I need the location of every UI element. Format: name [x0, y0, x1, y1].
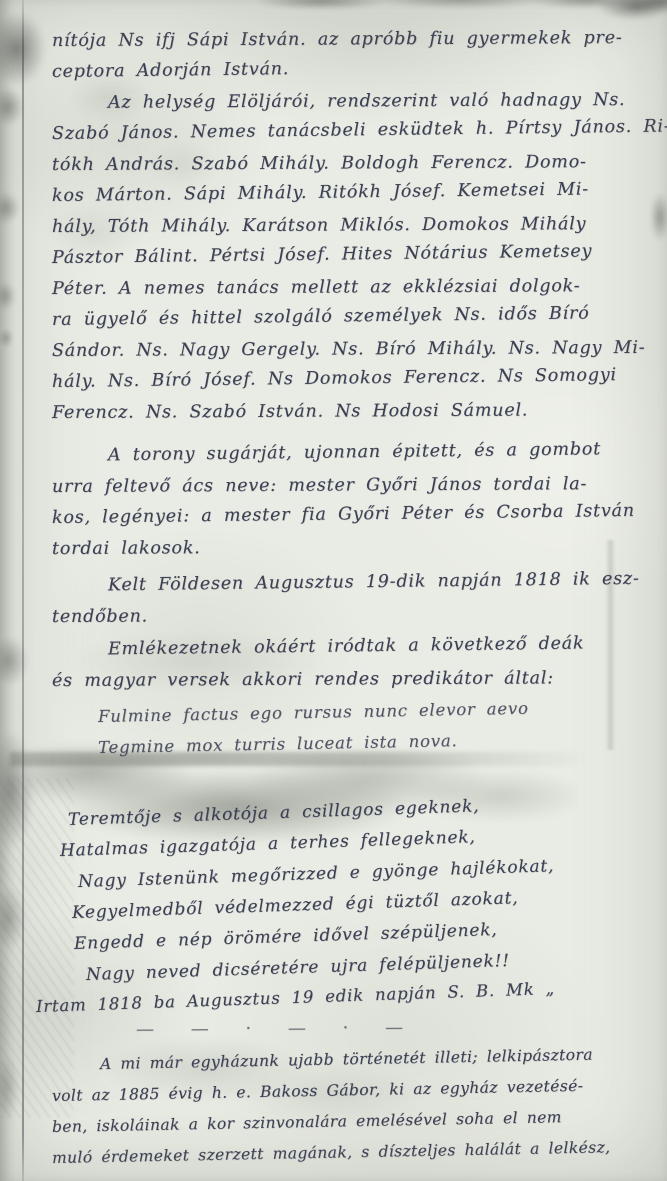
separator-dashes: — — · — · — — [136, 1020, 667, 1040]
handwritten-line: Ferencz. Ns. Szabó István. Ns Hodosi Sám… — [52, 395, 667, 429]
manuscript-page: nítója Ns ifj Sápi István. az apróbb fiu… — [0, 0, 667, 1181]
handwritten-line: Szabó János. Nemes tanácsbeli esküdtek h… — [52, 111, 667, 150]
handwritten-line: A torony sugárját, ujonnan épitett, és a… — [52, 433, 667, 472]
handwritten-line: Pásztor Bálint. Pértsi Jósef. Hites Nótá… — [52, 235, 667, 274]
handwritten-line: ceptora Adorján István. — [52, 49, 667, 88]
handwritten-line: Emlékezetnek okáért iródtak a következő … — [52, 627, 667, 666]
handwritten-line: kos Márton. Sápi Mihály. Ritókh Jósef. K… — [52, 173, 667, 212]
handwritten-line: kos, legényei: a mester fia Győri Péter … — [52, 495, 667, 534]
handwritten-line: ra ügyelő és hittel szolgáló személyek N… — [52, 297, 667, 336]
handwritten-line: tordai lakosok. — [52, 531, 667, 565]
manuscript-lines: nítója Ns ifj Sápi István. az apróbb fiu… — [0, 0, 667, 1181]
handwritten-line: Kelt Földesen Augusztus 19-dik napján 18… — [52, 563, 667, 602]
handwritten-line: hály. Ns. Bíró Jósef. Ns Domokos Ferencz… — [52, 359, 667, 398]
